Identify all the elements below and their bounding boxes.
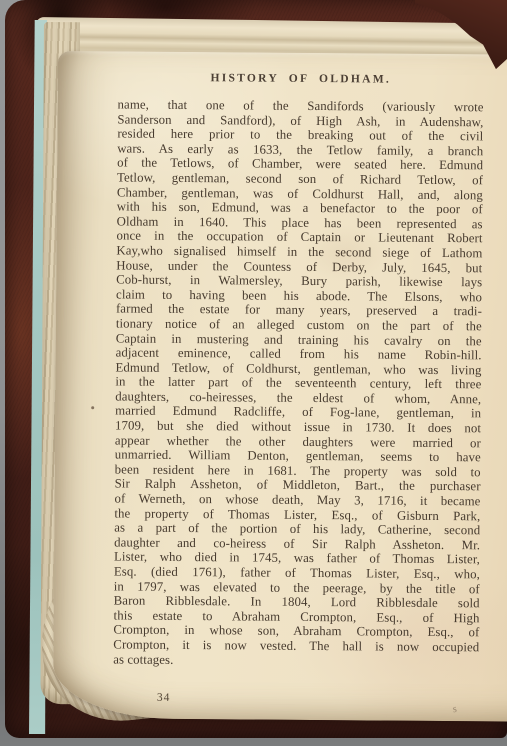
pencil-smudge: s — [451, 704, 458, 716]
running-header: HISTORY OF OLDHAM. — [118, 71, 484, 86]
body-text: name, that one of the Sandifords (variou… — [113, 97, 483, 669]
book-page: HISTORY OF OLDHAM. name, that one of the… — [53, 51, 507, 722]
page-number: 34 — [157, 692, 171, 704]
ink-speck — [91, 406, 94, 409]
photographed-open-book: HISTORY OF OLDHAM. name, that one of the… — [0, 0, 507, 746]
text-line: as cottages. — [113, 652, 479, 669]
